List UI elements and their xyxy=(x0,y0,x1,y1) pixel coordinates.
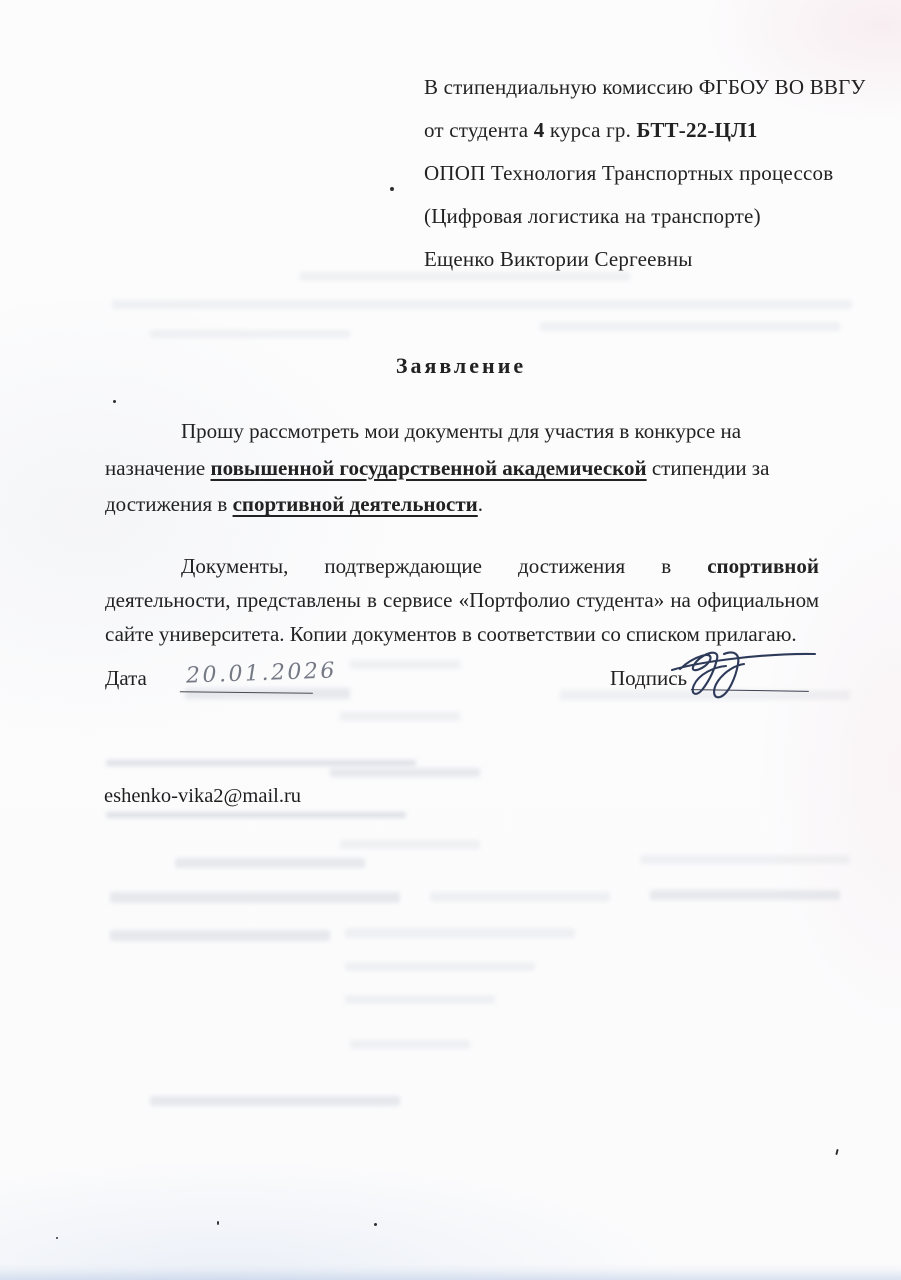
program-profile-line: (Цифровая логистика на транспорте) xyxy=(424,195,889,238)
recipient-commission-line: В стипендиальную комиссию ФГБОУ ВО ВВГУ xyxy=(424,66,889,109)
bleedthrough-fragment xyxy=(350,660,460,669)
bleedthrough-fragment xyxy=(110,892,400,903)
handwritten-signature-icon xyxy=(668,640,818,704)
scan-speck xyxy=(374,1223,377,1226)
activity-type-emphasis: спортивной деятельности xyxy=(233,492,478,516)
student-name-line: Ещенко Виктории Сергеевны xyxy=(424,238,889,281)
scholarship-type-emphasis: повышенной государственной академической xyxy=(211,456,647,480)
bleedthrough-fragment xyxy=(112,300,852,309)
scan-speck xyxy=(113,400,116,403)
date-label: Дата xyxy=(105,666,147,691)
handwritten-date: 20.01.2026 xyxy=(186,658,338,688)
from-student-text: от студента xyxy=(424,118,534,142)
bleedthrough-fragment xyxy=(640,855,850,864)
bleedthrough-fragment xyxy=(106,760,416,766)
bleedthrough-fragment xyxy=(345,995,495,1004)
bleedthrough-fragment xyxy=(150,330,350,338)
bleedthrough-fragment xyxy=(110,930,330,941)
documents-text-end: деятельности, представлены в сервисе «По… xyxy=(105,588,819,646)
scan-edge-artifact xyxy=(0,1264,901,1280)
student-course-group-line: от студента 4 курса гр. БТТ-22-ЦЛ1 xyxy=(424,109,889,152)
bleedthrough-fragment xyxy=(340,712,460,721)
course-number: 4 xyxy=(534,118,545,142)
scanned-application-page: В стипендиальную комиссию ФГБОУ ВО ВВГУ … xyxy=(0,0,901,1280)
program-line: ОПОП Технология Транспортных процессов xyxy=(424,152,889,195)
bleedthrough-fragment xyxy=(430,892,610,902)
recipient-block: В стипендиальную комиссию ФГБОУ ВО ВВГУ … xyxy=(424,66,889,281)
bleedthrough-fragment xyxy=(150,1096,400,1106)
scan-speck xyxy=(835,1149,838,1155)
document-title: Заявление xyxy=(105,353,817,379)
documents-paragraph: Документы, подтверждающие достижения в с… xyxy=(105,549,819,651)
scan-speck xyxy=(56,1237,58,1239)
bleedthrough-fragment xyxy=(345,962,535,971)
bleedthrough-fragment xyxy=(340,840,480,849)
bleedthrough-fragment xyxy=(175,858,365,868)
documents-text-start: Документы, подтверждающие достижения в xyxy=(181,554,707,578)
scan-speck xyxy=(390,187,394,191)
scan-speck xyxy=(217,1221,219,1225)
request-text-end: . xyxy=(478,492,483,516)
request-paragraph: Прошу рассмотреть мои документы для учас… xyxy=(105,413,819,523)
activity-bold: спортивной xyxy=(707,554,819,578)
course-group-text: курса гр. xyxy=(544,118,636,142)
bleedthrough-fragment xyxy=(650,890,840,900)
bleedthrough-fragment xyxy=(330,768,480,777)
bleedthrough-fragment xyxy=(345,928,575,938)
group-code: БТТ-22-ЦЛ1 xyxy=(637,118,758,142)
bleedthrough-fragment xyxy=(350,1040,470,1049)
email-text: eshenko-vika2@mail.ru xyxy=(104,785,301,808)
bleedthrough-fragment xyxy=(540,322,840,331)
bleedthrough-fragment xyxy=(106,812,406,818)
